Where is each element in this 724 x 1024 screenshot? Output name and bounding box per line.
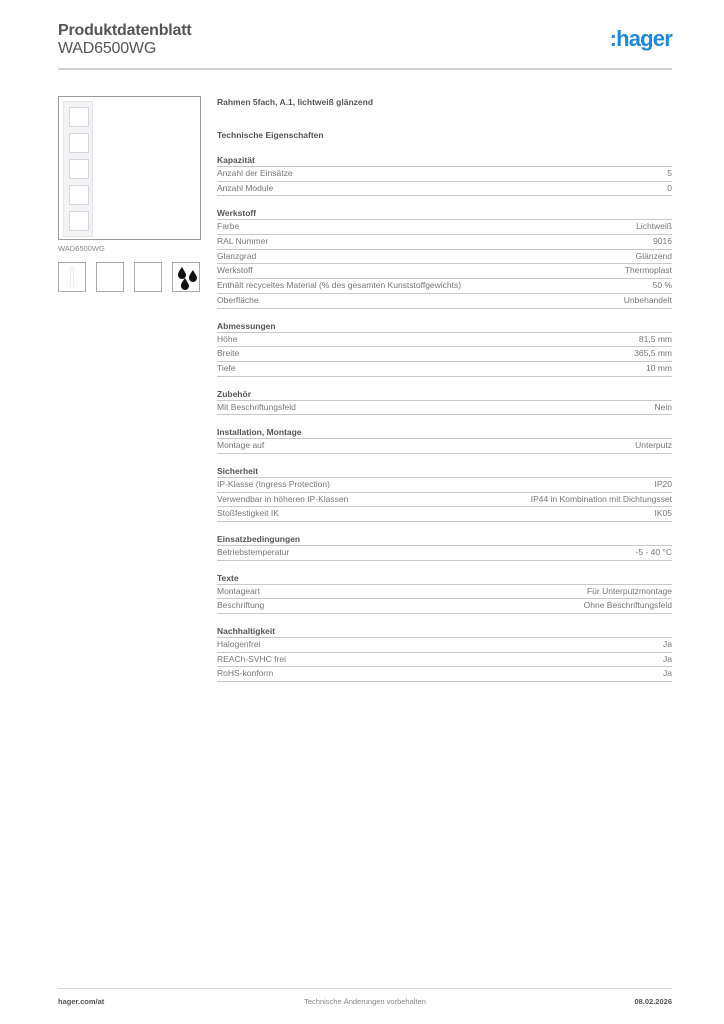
spec-label: Montageart	[217, 585, 260, 599]
frame-slot	[69, 211, 89, 231]
product-image	[58, 96, 201, 240]
spec-label: RAL Nummer	[217, 235, 268, 249]
spec-label: Höhe	[217, 333, 237, 347]
spec-row: REACh-SVHC freiJa	[217, 653, 672, 668]
spec-row: Betriebstemperatur-5 - 40 °C	[217, 546, 672, 561]
spec-group-title: Kapazität	[217, 154, 672, 167]
product-code: WAD6500WG	[58, 40, 156, 58]
spec-value: 9016	[653, 235, 672, 249]
spec-row: GlanzgradGlänzend	[217, 250, 672, 265]
spec-row: Mit BeschriftungsfeldNein	[217, 401, 672, 416]
spec-value: Für Unterputzmontage	[587, 585, 672, 599]
spec-group: SicherheitIP-Klasse (Ingress Protection)…	[217, 465, 672, 522]
spec-row: Verwendbar in höheren IP-KlassenIP44 in …	[217, 493, 672, 508]
spec-row: Tiefe10 mm	[217, 362, 672, 377]
spec-value: 50 %	[653, 279, 672, 293]
spec-row: Anzahl Module0	[217, 182, 672, 197]
spec-group: AbmessungenHöhe81,5 mmBreite365,5 mmTief…	[217, 320, 672, 377]
frame-slot	[69, 185, 89, 205]
frame-slot	[69, 107, 89, 127]
spec-value: Unbehandelt	[624, 294, 672, 308]
spec-label: Farbe	[217, 220, 239, 234]
spec-row: WerkstoffThermoplast	[217, 264, 672, 279]
spec-groups: KapazitätAnzahl der Einsätze5Anzahl Modu…	[217, 154, 672, 682]
spec-group-title: Sicherheit	[217, 465, 672, 478]
spec-row: Montage aufUnterputz	[217, 439, 672, 454]
spec-row: IP-Klasse (Ingress Protection)IP20	[217, 478, 672, 493]
spec-label: Montage auf	[217, 439, 264, 453]
spec-label: Glanzgrad	[217, 250, 256, 264]
spec-group-title: Zubehör	[217, 388, 672, 401]
spec-value: -5 - 40 °C	[636, 546, 672, 560]
spec-group-title: Werkstoff	[217, 207, 672, 220]
spec-content: Rahmen 5fach, A.1, lichtweiß glänzend Te…	[217, 96, 672, 682]
spec-label: Stoßfestigkeit IK	[217, 507, 279, 521]
spec-label: Tiefe	[217, 362, 236, 376]
spec-row: FarbeLichtweiß	[217, 220, 672, 235]
spec-value: Lichtweiß	[636, 220, 672, 234]
header-divider	[58, 68, 672, 70]
footer-divider	[58, 988, 672, 989]
image-caption: WAD6500WG	[58, 244, 105, 253]
spec-group-title: Texte	[217, 572, 672, 585]
thumbnail-strip	[58, 262, 201, 294]
footer-date: 08.02.2026	[634, 997, 672, 1006]
spec-row: Breite365,5 mm	[217, 347, 672, 362]
spec-row: BeschriftungOhne Beschriftungsfeld	[217, 599, 672, 614]
spec-value: IP44 in Kombination mit Dichtungsset	[531, 493, 672, 507]
product-name: Rahmen 5fach, A.1, lichtweiß glänzend	[217, 96, 672, 110]
spec-group: EinsatzbedingungenBetriebstemperatur-5 -…	[217, 533, 672, 561]
spec-value: IP20	[655, 478, 673, 492]
spec-label: Halogenfrei	[217, 638, 260, 652]
frame-slot	[69, 159, 89, 179]
spec-row: Höhe81,5 mm	[217, 333, 672, 348]
frame-blank-thumbnail[interactable]	[96, 262, 124, 292]
spec-label: Oberfläche	[217, 294, 259, 308]
frame-slot	[69, 133, 89, 153]
spec-label: Enthält recyceltes Material (% des gesam…	[217, 279, 461, 293]
spec-value: Glänzend	[636, 250, 672, 264]
spec-label: Anzahl Module	[217, 182, 273, 196]
spec-value: Ja	[663, 667, 672, 681]
spec-group: WerkstoffFarbeLichtweißRAL Nummer9016Gla…	[217, 207, 672, 308]
spec-label: Anzahl der Einsätze	[217, 167, 293, 181]
spec-row: HalogenfreiJa	[217, 638, 672, 653]
spec-label: Breite	[217, 347, 239, 361]
spec-label: RoHS-konform	[217, 667, 273, 681]
spec-row: Stoßfestigkeit IKIK05	[217, 507, 672, 522]
spec-group-title: Abmessungen	[217, 320, 672, 333]
spec-row: Anzahl der Einsätze5	[217, 167, 672, 182]
water-drops-icon	[175, 265, 199, 291]
spec-value: 365,5 mm	[634, 347, 672, 361]
document-title: Produktdatenblatt	[58, 22, 192, 40]
spec-value: Ja	[663, 653, 672, 667]
water-drops-thumbnail[interactable]	[172, 262, 200, 292]
frame-illustration	[63, 101, 93, 237]
spec-row: MontageartFür Unterputzmontage	[217, 585, 672, 600]
spec-group-title: Installation, Montage	[217, 426, 672, 439]
spec-group: ZubehörMit BeschriftungsfeldNein	[217, 388, 672, 416]
spec-value: 5	[667, 167, 672, 181]
spec-value: Nein	[655, 401, 672, 415]
spec-value: Unterputz	[635, 439, 672, 453]
spec-row: Enthält recyceltes Material (% des gesam…	[217, 279, 672, 294]
spec-group: NachhaltigkeitHalogenfreiJaREACh-SVHC fr…	[217, 625, 672, 682]
spec-value: 81,5 mm	[639, 333, 672, 347]
spec-label: Werkstoff	[217, 264, 253, 278]
spec-value: Ohne Beschriftungsfeld	[584, 599, 672, 613]
footer-notice: Technische Änderungen vorbehalten	[58, 997, 672, 1006]
frame-blank-thumbnail[interactable]	[134, 262, 162, 292]
spec-row: RoHS-konformJa	[217, 667, 672, 682]
spec-label: Beschriftung	[217, 599, 264, 613]
spec-group-title: Einsatzbedingungen	[217, 533, 672, 546]
spec-label: Mit Beschriftungsfeld	[217, 401, 296, 415]
spec-group-title: Nachhaltigkeit	[217, 625, 672, 638]
frame-front-thumbnail[interactable]	[58, 262, 86, 292]
hager-logo: :hager	[610, 26, 672, 52]
page-footer: hager.com/at Technische Änderungen vorbe…	[58, 997, 672, 1011]
spec-label: REACh-SVHC frei	[217, 653, 286, 667]
spec-group: TexteMontageartFür UnterputzmontageBesch…	[217, 572, 672, 614]
page-header: Produktdatenblatt WAD6500WG :hager	[58, 22, 672, 70]
spec-value: 10 mm	[646, 362, 672, 376]
spec-label: Betriebstemperatur	[217, 546, 289, 560]
spec-value: Thermoplast	[625, 264, 672, 278]
spec-row: OberflächeUnbehandelt	[217, 294, 672, 309]
spec-label: IP-Klasse (Ingress Protection)	[217, 478, 330, 492]
spec-row: RAL Nummer9016	[217, 235, 672, 250]
spec-group: KapazitätAnzahl der Einsätze5Anzahl Modu…	[217, 154, 672, 196]
spec-value: Ja	[663, 638, 672, 652]
spec-group: Installation, MontageMontage aufUnterput…	[217, 426, 672, 454]
specs-heading: Technische Eigenschaften	[217, 129, 672, 143]
spec-value: IK05	[655, 507, 673, 521]
spec-label: Verwendbar in höheren IP-Klassen	[217, 493, 348, 507]
spec-value: 0	[667, 182, 672, 196]
